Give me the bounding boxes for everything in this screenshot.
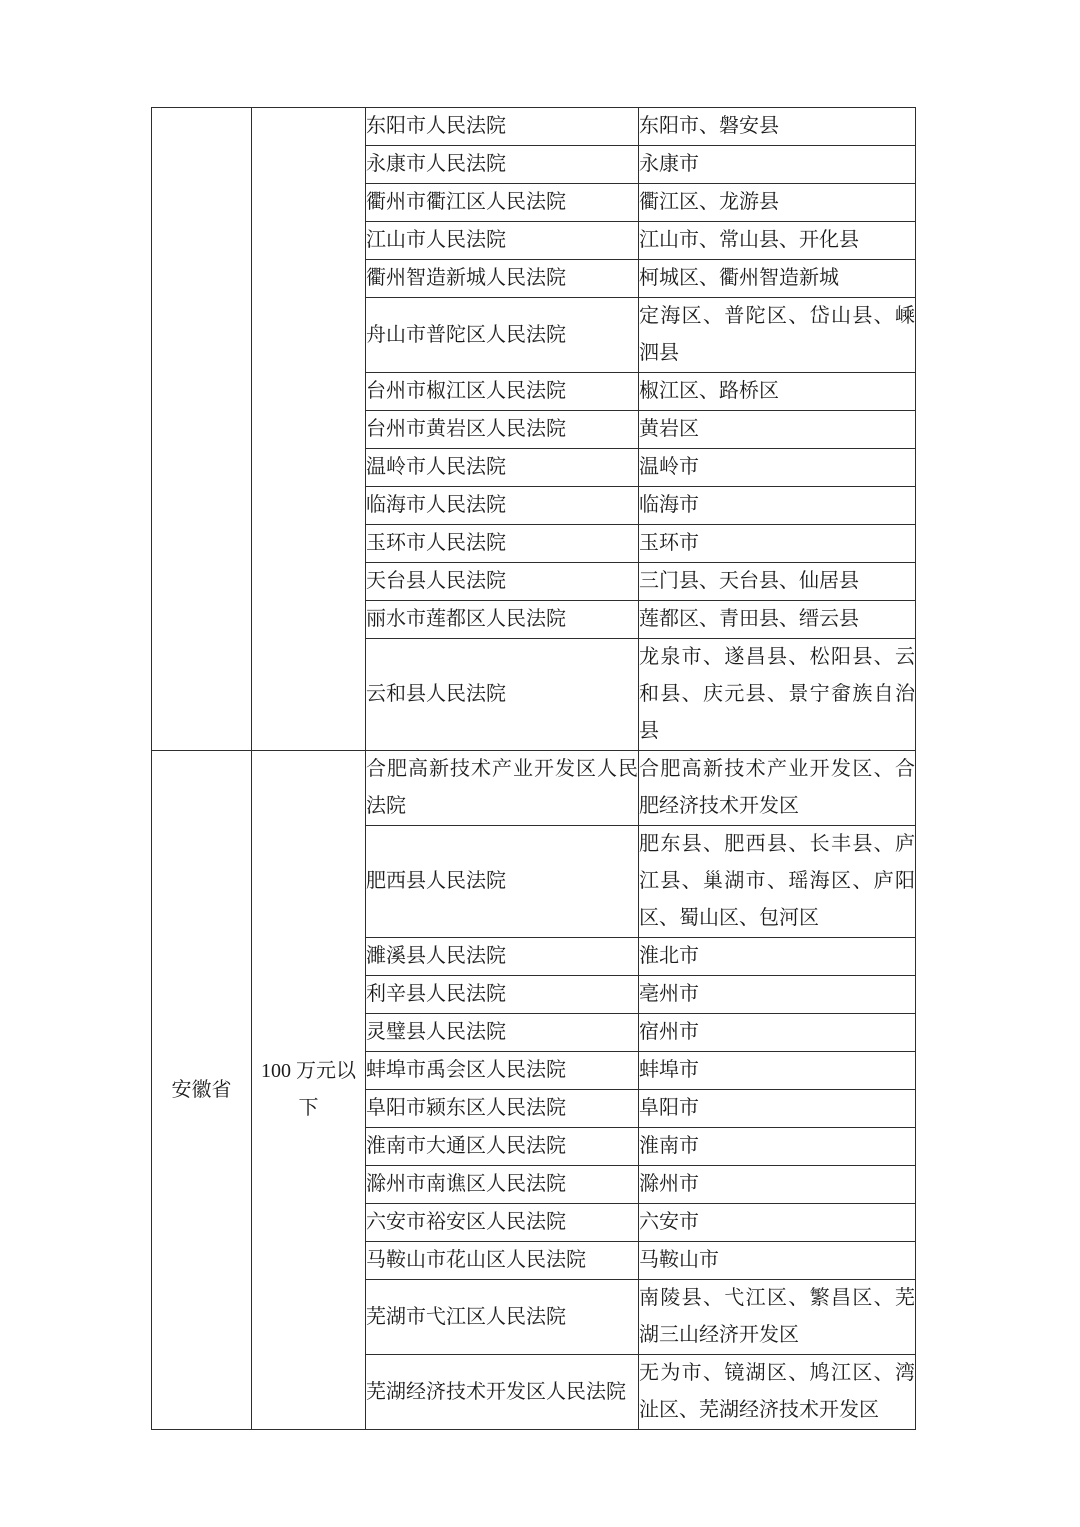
court-name-cell: 舟山市普陀区人民法院 xyxy=(366,298,639,373)
court-name-cell: 马鞍山市花山区人民法院 xyxy=(366,1242,639,1280)
court-name-cell: 温岭市人民法院 xyxy=(366,449,639,487)
jurisdiction-area-cell: 淮北市 xyxy=(639,938,916,976)
court-name-cell: 濉溪县人民法院 xyxy=(366,938,639,976)
court-name-cell: 丽水市莲都区人民法院 xyxy=(366,601,639,639)
jurisdiction-area-cell: 龙泉市、遂昌县、松阳县、云和县、庆元县、景宁畲族自治县 xyxy=(639,639,916,751)
jurisdiction-area-cell: 宿州市 xyxy=(639,1014,916,1052)
jurisdiction-area-cell: 临海市 xyxy=(639,487,916,525)
jurisdiction-area-cell: 滁州市 xyxy=(639,1166,916,1204)
jurisdiction-area-cell: 柯城区、衢州智造新城 xyxy=(639,260,916,298)
court-name-cell: 临海市人民法院 xyxy=(366,487,639,525)
court-name-cell: 台州市黄岩区人民法院 xyxy=(366,411,639,449)
jurisdiction-area-cell: 莲都区、青田县、缙云县 xyxy=(639,601,916,639)
court-name-cell: 天台县人民法院 xyxy=(366,563,639,601)
province-cell xyxy=(152,108,252,751)
court-name-cell: 衢州智造新城人民法院 xyxy=(366,260,639,298)
province-cell: 安徽省 xyxy=(152,751,252,1430)
court-name-cell: 东阳市人民法院 xyxy=(366,108,639,146)
table-row: 东阳市人民法院东阳市、磐安县 xyxy=(152,108,916,146)
jurisdiction-area-cell: 合肥高新技术产业开发区、合肥经济技术开发区 xyxy=(639,751,916,826)
amount-threshold-cell xyxy=(252,108,366,751)
jurisdiction-area-cell: 定海区、普陀区、岱山县、嵊泗县 xyxy=(639,298,916,373)
court-name-cell: 合肥高新技术产业开发区人民法院 xyxy=(366,751,639,826)
court-name-cell: 玉环市人民法院 xyxy=(366,525,639,563)
court-name-cell: 芜湖市弋江区人民法院 xyxy=(366,1280,639,1355)
court-name-cell: 灵璧县人民法院 xyxy=(366,1014,639,1052)
jurisdiction-area-cell: 黄岩区 xyxy=(639,411,916,449)
jurisdiction-area-cell: 阜阳市 xyxy=(639,1090,916,1128)
court-name-cell: 阜阳市颍东区人民法院 xyxy=(366,1090,639,1128)
court-name-cell: 衢州市衢江区人民法院 xyxy=(366,184,639,222)
jurisdiction-area-cell: 椒江区、路桥区 xyxy=(639,373,916,411)
jurisdiction-area-cell: 马鞍山市 xyxy=(639,1242,916,1280)
jurisdiction-area-cell: 南陵县、弋江区、繁昌区、芜湖三山经济开发区 xyxy=(639,1280,916,1355)
court-name-cell: 肥西县人民法院 xyxy=(366,826,639,938)
jurisdiction-area-cell: 六安市 xyxy=(639,1204,916,1242)
document-page: 东阳市人民法院东阳市、磐安县永康市人民法院永康市衢州市衢江区人民法院衢江区、龙游… xyxy=(0,0,1080,1527)
jurisdiction-area-cell: 玉环市 xyxy=(639,525,916,563)
court-name-cell: 永康市人民法院 xyxy=(366,146,639,184)
jurisdiction-area-cell: 淮南市 xyxy=(639,1128,916,1166)
jurisdiction-area-cell: 江山市、常山县、开化县 xyxy=(639,222,916,260)
court-name-cell: 蚌埠市禹会区人民法院 xyxy=(366,1052,639,1090)
court-name-cell: 芜湖经济技术开发区人民法院 xyxy=(366,1355,639,1430)
court-name-cell: 江山市人民法院 xyxy=(366,222,639,260)
jurisdiction-area-cell: 东阳市、磐安县 xyxy=(639,108,916,146)
jurisdiction-area-cell: 蚌埠市 xyxy=(639,1052,916,1090)
jurisdiction-area-cell: 衢江区、龙游县 xyxy=(639,184,916,222)
court-name-cell: 利辛县人民法院 xyxy=(366,976,639,1014)
amount-threshold-cell: 100 万元以下 xyxy=(252,751,366,1430)
table-row: 安徽省100 万元以下合肥高新技术产业开发区人民法院合肥高新技术产业开发区、合肥… xyxy=(152,751,916,826)
court-name-cell: 台州市椒江区人民法院 xyxy=(366,373,639,411)
court-name-cell: 淮南市大通区人民法院 xyxy=(366,1128,639,1166)
jurisdiction-area-cell: 永康市 xyxy=(639,146,916,184)
jurisdiction-area-cell: 无为市、镜湖区、鸠江区、湾沚区、芜湖经济技术开发区 xyxy=(639,1355,916,1430)
jurisdiction-table-body: 东阳市人民法院东阳市、磐安县永康市人民法院永康市衢州市衢江区人民法院衢江区、龙游… xyxy=(152,108,916,1430)
jurisdiction-area-cell: 温岭市 xyxy=(639,449,916,487)
court-name-cell: 滁州市南谯区人民法院 xyxy=(366,1166,639,1204)
jurisdiction-area-cell: 肥东县、肥西县、长丰县、庐江县、巢湖市、瑶海区、庐阳区、蜀山区、包河区 xyxy=(639,826,916,938)
jurisdiction-area-cell: 亳州市 xyxy=(639,976,916,1014)
jurisdiction-area-cell: 三门县、天台县、仙居县 xyxy=(639,563,916,601)
jurisdiction-table: 东阳市人民法院东阳市、磐安县永康市人民法院永康市衢州市衢江区人民法院衢江区、龙游… xyxy=(151,107,916,1430)
court-name-cell: 六安市裕安区人民法院 xyxy=(366,1204,639,1242)
court-name-cell: 云和县人民法院 xyxy=(366,639,639,751)
